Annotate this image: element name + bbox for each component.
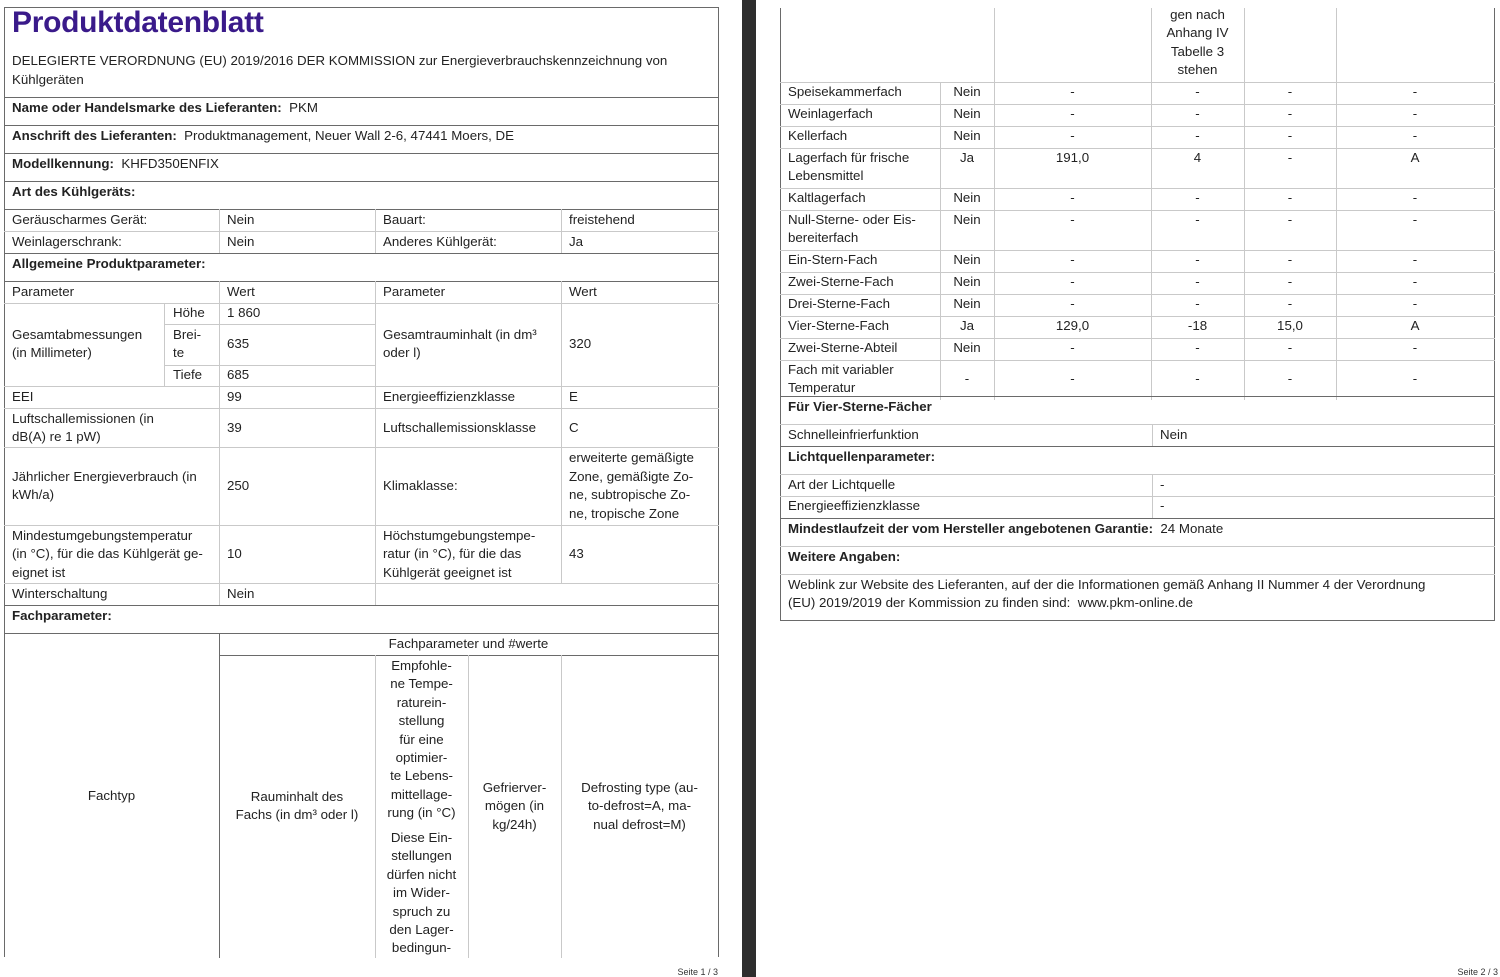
col-freeze-header-line: kg/24h) [468,816,561,834]
divider [780,424,1495,425]
model-value: KHFD350ENFIX [121,156,219,171]
climate-class-value-2: Zone, gemäßigte Zo- [569,468,693,486]
table-border-left [780,8,781,621]
annual-energy-label-2: kWh/a) [12,486,54,504]
quick-freeze-value: Nein [1160,426,1187,444]
compartment-defrost: A [1336,317,1494,335]
other-appliance-value: Ja [569,233,583,251]
model-label: Modellkennung: [12,156,114,171]
divider [4,125,719,126]
compartment-temp: - [1151,105,1244,123]
divider [780,396,1495,397]
compartment-temp: - [1151,211,1244,229]
compartment-type: Vier-Sterne-Fach [788,317,889,335]
compartment-volume: - [994,211,1151,229]
divider [4,153,719,154]
divider [780,574,1495,575]
compartment-type: Null-Sterne- oder Eis- [788,211,916,229]
group-header: Fachparameter und #werte [219,635,718,653]
divider [4,231,719,232]
compartment-freeze: - [1244,211,1336,229]
regulation-text-2: Kühlgeräten [12,71,84,89]
divider [4,408,719,409]
divider [219,281,220,605]
compartment-present: Nein [940,127,994,145]
compartment-defrost: A [1336,149,1494,167]
other-appliance-label: Anderes Kühlgerät: [383,233,497,251]
page-gutter [742,0,756,977]
col-defrost-header-line: Defrosting type (au- [561,779,718,797]
divider [780,620,1495,621]
divider [1336,8,1337,400]
col-temp-header-line: ne Tempe- [375,675,468,693]
dimensions-label-2: (in Millimeter) [12,344,92,362]
divider [4,633,719,634]
divider [1152,474,1153,518]
supplier-value: PKM [289,100,318,115]
climate-class-value-1: erweiterte gemäßigte [569,449,694,467]
low-noise-label: Geräuscharmes Gerät: [12,211,147,229]
weblink-row: (EU) 2019/2019 der Kommission zu finden … [788,594,1193,612]
compartment-temp: - [1151,251,1244,269]
compartment-volume: - [994,339,1151,357]
compartment-type: Weinlagerfach [788,105,873,123]
compartment-volume: 191,0 [994,149,1151,167]
divider [375,281,376,605]
volume-label: Gesamtrauminhalt (in dm³ [383,326,537,344]
warranty-value: 24 Monate [1160,521,1223,536]
noise-value: 39 [227,419,242,437]
col-defrost-header-line: nual defrost=M) [561,816,718,834]
divider [4,253,719,254]
col-temp-note-line: spruch zu [375,903,468,921]
annual-energy-value: 250 [227,477,249,495]
supplier-row: Name oder Handelsmarke des Lieferanten: … [12,99,318,117]
quick-freeze-label: Schnelleinfrierfunktion [788,426,919,444]
divider [780,546,1495,547]
noise-label: Luftschallemissionen (in [12,410,154,428]
page-number: Seite 1 / 3 [677,967,718,977]
depth-value: 685 [227,366,249,384]
compartment-defrost: - [1336,370,1494,388]
continued-header-line: stehen [1151,61,1244,79]
col-temp-note-line: stellungen [375,847,468,865]
col-volume-header-1: Rauminhalt des [219,788,375,806]
compartment-type: Lebensmittel [788,167,863,185]
compartment-present: Nein [940,189,994,207]
divider [4,447,719,448]
weblink-text: Weblink zur Website des Lieferanten, auf… [788,576,1425,594]
col-temp-header-line: raturein- [375,694,468,712]
compartment-defrost: - [1336,127,1494,145]
wine-cabinet-label: Weinlagerschrank: [12,233,122,251]
depth-label: Tiefe [173,366,202,384]
divider [4,386,719,387]
col-temp-header-line: mittellage- [375,786,468,804]
type-heading: Art des Kühlgeräts: [12,183,135,201]
climate-class-value-3: ne, subtropische Zo- [569,486,690,504]
compartment-present: Nein [940,295,994,313]
four-star-heading: Für Vier-Sterne-Fächer [788,398,932,416]
light-class-label: Energieeffizienzklasse [788,497,920,515]
compartment-defrost: - [1336,339,1494,357]
width-label-2: te [173,344,184,362]
col-temp-header-line: Empfohle- [375,657,468,675]
col-temp-note-line: im Wider- [375,884,468,902]
divider [4,97,719,98]
page-2: gen nachAnhang IVTabelle 3stehen Speisek… [756,0,1500,977]
compartment-present: - [940,370,994,388]
light-class-value: - [1160,497,1164,515]
light-type-label: Art der Lichtquelle [788,476,895,494]
col-freeze-header-line: mögen (in [468,797,561,815]
compartment-temp: - [1151,189,1244,207]
col-type-header: Fachtyp [4,787,219,805]
col-temp-header-line: optimier- [375,749,468,767]
col-temp-header-line: te Lebens- [375,767,468,785]
compartment-temp: - [1151,127,1244,145]
eei-label: EEI [12,388,33,406]
compartment-present: Nein [940,105,994,123]
compartment-present: Ja [940,317,994,335]
compartment-type: Lagerfach für frische [788,149,909,167]
compartment-defrost: - [1336,211,1494,229]
compartment-freeze: - [1244,189,1336,207]
compartment-type: Ein-Stern-Fach [788,251,877,269]
general-heading: Allgemeine Produktparameter: [12,255,206,273]
compartment-temp: - [1151,273,1244,291]
header-parameter-2: Parameter [383,283,445,301]
divider [4,181,719,182]
weblink-url[interactable]: www.pkm-online.de [1078,595,1193,610]
compartment-type: Kaltlagerfach [788,189,866,207]
divider [1244,8,1245,400]
dimensions-label: Gesamtabmessungen [12,326,142,344]
height-value: 1 860 [227,304,260,322]
compartment-temp: - [1151,83,1244,101]
further-heading: Weitere Angaben: [788,548,900,566]
supplier-label: Name oder Handelsmarke des Lieferanten: [12,100,282,115]
compartment-freeze: - [1244,339,1336,357]
compartment-temp: - [1151,339,1244,357]
compartment-type: Kellerfach [788,127,847,145]
compartment-type: Drei-Sterne-Fach [788,295,890,313]
compartment-type: Temperatur [788,379,855,397]
model-row: Modellkennung: KHFD350ENFIX [12,155,219,173]
divider [164,324,376,325]
divider [4,525,719,526]
volume-label-2: oder l) [383,344,421,362]
divider [994,8,995,400]
compartment-type: Fach mit variabler [788,361,894,379]
header-value-2: Wert [569,283,597,301]
compartment-freeze: - [1244,251,1336,269]
noise-class-label: Luftschallemissionsklasse [383,419,536,437]
design-value: freistehend [569,211,635,229]
header-parameter: Parameter [12,283,74,301]
width-label: Brei- [173,326,201,344]
header-value: Wert [227,283,255,301]
min-temp-label-2: (in °C), für die das Kühlgerät ge- [12,545,203,563]
compartment-volume: - [994,295,1151,313]
divider [561,281,562,583]
compartment-defrost: - [1336,295,1494,313]
compartment-temp: - [1151,370,1244,388]
table-border-right [1494,8,1495,621]
min-temp-value: 10 [227,545,242,563]
compartment-heading: Fachparameter: [12,607,112,625]
compartment-volume: - [994,105,1151,123]
address-label: Anschrift des Lieferanten: [12,128,177,143]
max-temp-value: 43 [569,545,584,563]
divider [4,281,719,282]
compartment-freeze: - [1244,370,1336,388]
compartment-volume: - [994,370,1151,388]
volume-value: 320 [569,335,591,353]
compartment-freeze: - [1244,105,1336,123]
continued-header-line: gen nach [1151,6,1244,24]
wine-cabinet-value: Nein [227,233,254,251]
compartment-temp: -18 [1151,317,1244,335]
col-temp-note-line: Diese Ein- [375,829,468,847]
compartment-defrost: - [1336,273,1494,291]
col-temp-note-line: den Lager- [375,921,468,939]
compartment-freeze: - [1244,273,1336,291]
compartment-present: Nein [940,273,994,291]
compartment-volume: - [994,83,1151,101]
light-heading: Lichtquellenparameter: [788,448,935,466]
compartment-volume: - [994,189,1151,207]
light-type-value: - [1160,476,1164,494]
warranty-row: Mindestlaufzeit der vom Hersteller angeb… [788,520,1223,538]
compartment-defrost: - [1336,105,1494,123]
climate-class-label: Klimaklasse: [383,477,458,495]
divider [219,209,220,253]
divider [4,303,719,304]
eei-value: 99 [227,388,242,406]
energy-class-value: E [569,388,578,406]
col-volume-header-2: Fachs (in dm³ oder l) [219,806,375,824]
winter-value: Nein [227,585,254,603]
regulation-text: DELEGIERTE VERORDNUNG (EU) 2019/2016 DER… [12,52,667,70]
compartment-present: Nein [940,211,994,229]
warranty-label: Mindestlaufzeit der vom Hersteller angeb… [788,521,1153,536]
noise-label-2: dB(A) re 1 pW) [12,428,101,446]
compartment-present: Nein [940,339,994,357]
max-temp-label-2: ratur (in °C), für die das [383,545,521,563]
height-label: Höhe [173,304,205,322]
col-temp-note-line: dürfen nicht [375,866,468,884]
compartment-freeze: - [1244,83,1336,101]
divider [1152,424,1153,446]
min-temp-label-3: eignet ist [12,564,65,582]
compartment-defrost: - [1336,189,1494,207]
compartment-freeze: 15,0 [1244,317,1336,335]
divider [219,655,719,656]
max-temp-label-1: Höchstumgebungstempe- [383,527,535,545]
col-temp-header-line: rung (in °C) [375,804,468,822]
low-noise-value: Nein [227,211,254,229]
design-label: Bauart: [383,211,426,229]
divider [4,583,719,584]
compartment-freeze: - [1244,127,1336,145]
compartment-defrost: - [1336,251,1494,269]
divider [561,209,562,253]
compartment-volume: - [994,127,1151,145]
climate-class-value-4: ne, tropische Zone [569,505,679,523]
compartment-temp: 4 [1151,149,1244,167]
divider [780,446,1495,447]
page-1: Produktdatenblatt DELEGIERTE VERORDNUNG … [0,0,742,977]
col-defrost-header-line: to-defrost=A, ma- [561,797,718,815]
compartment-volume: 129,0 [994,317,1151,335]
compartment-volume: - [994,273,1151,291]
divider [164,303,165,386]
page-title: Produktdatenblatt [12,6,264,40]
compartment-type: Zwei-Sterne-Fach [788,273,894,291]
compartment-temp: - [1151,295,1244,313]
address-value: Produktmanagement, Neuer Wall 2-6, 47441… [184,128,514,143]
divider [1151,8,1152,400]
noise-class-value: C [569,419,579,437]
compartment-volume: - [994,251,1151,269]
address-row: Anschrift des Lieferanten: Produktmanage… [12,127,514,145]
weblink-text-2: (EU) 2019/2019 der Kommission zu finden … [788,595,1070,610]
divider [4,209,719,210]
continued-header-line: Tabelle 3 [1151,43,1244,61]
divider [940,82,941,400]
col-freeze-header-line: Gefrierver- [468,779,561,797]
page-number: Seite 2 / 3 [1457,967,1498,977]
compartment-freeze: - [1244,149,1336,167]
compartment-present: Ja [940,149,994,167]
divider [4,605,719,606]
compartment-defrost: - [1336,83,1494,101]
compartment-present: Nein [940,83,994,101]
annual-energy-label: Jährlicher Energieverbrauch (in [12,468,197,486]
compartment-type: Speisekammerfach [788,83,902,101]
min-temp-label-1: Mindestumgebungstemperatur [12,527,192,545]
compartment-present: Nein [940,251,994,269]
width-value: 635 [227,335,249,353]
table-border-right [718,7,719,957]
col-temp-header-line: stellung [375,712,468,730]
compartment-freeze: - [1244,295,1336,313]
divider [780,518,1495,519]
winter-label: Winterschaltung [12,585,107,603]
max-temp-label-3: Kühlgerät geeignet ist [383,564,512,582]
table-border-left [4,7,5,957]
continued-header-line: Anhang IV [1151,24,1244,42]
divider [375,209,376,253]
divider [780,474,1495,475]
col-temp-header-line: für eine [375,731,468,749]
col-temp-note-line: bedingun- [375,939,468,957]
energy-class-label: Energieeffizienzklasse [383,388,515,406]
compartment-type: bereiterfach [788,229,858,247]
compartment-type: Zwei-Sterne-Abteil [788,339,897,357]
